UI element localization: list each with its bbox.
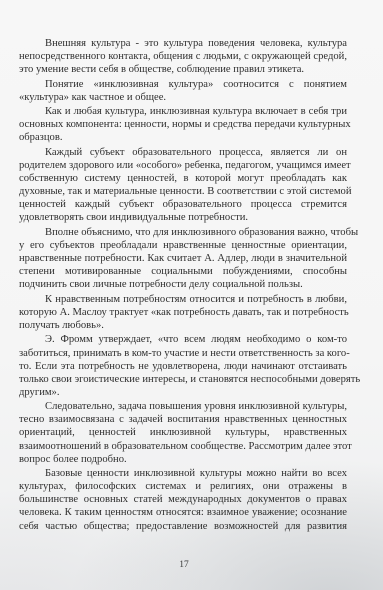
text-line: заботиться, принимать в ком-то участие и… [19,347,347,360]
text-line: другим». [19,386,347,399]
paragraph-adler: Вполне объяснимо, что для инклюзивного о… [19,226,347,291]
text-line: культурах, философских системах и религи… [19,480,347,493]
text-line: непосредственного контакта, общения с лю… [19,50,347,63]
text-line: подчинить свои личные потребности делу с… [19,278,347,291]
text-line: степени мотивированные социальными побуж… [19,265,347,278]
text-line: Как и любая культура, инклюзивная культу… [19,105,347,118]
text-line: у его субъектов преобладали нравственные… [19,239,347,252]
text-line: человека. К таким ценностям относятся: в… [19,506,347,519]
text-line: взаимоотношений в образовательном сообще… [19,440,347,453]
document-page: Внешняя культура - это культура поведени… [0,0,383,590]
paragraph-components: Как и любая культура, инклюзивная культу… [19,105,347,144]
text-line: получать любовь». [19,319,347,332]
paragraph-external-culture: Внешняя культура - это культура поведени… [19,37,347,76]
text-line: К нравственным потребностям относится и … [19,293,347,306]
text-line: то. Если эта потребность не удовлетворен… [19,360,347,373]
text-line: «культура» как частное и общее. [19,91,347,104]
text-line: Каждый субъект образовательного процесса… [19,146,347,159]
paragraph-consequently: Следовательно, задача повышения уровня и… [19,400,347,465]
text-line: большинстве основных статей международны… [19,493,347,506]
text-line: только свои эгоистические интересы, и ст… [19,373,347,386]
text-line: ориентаций, ценностей инклюзивной культу… [19,426,347,439]
text-line: Э. Фромм утверждает, «что всем людям нео… [19,333,347,346]
text-line: которую А. Маслоу трактует «как потребно… [19,306,347,319]
page-number: 17 [176,560,192,570]
paragraph-maslow: К нравственным потребностям относится и … [19,293,347,332]
text-line: ценностей каждый субъект образовательног… [19,198,347,211]
text-line: основных компонента: ценности, нормы и с… [19,118,347,131]
text-line: образцов. [19,131,347,144]
paragraph-fromm: Э. Фромм утверждает, «что всем людям нео… [19,333,347,398]
text-line: удовлетворять свои индивидуальные потреб… [19,211,347,224]
paragraph-inclusive-culture-concept: Понятие «инклюзивная культура» соотносит… [19,78,347,104]
paragraph-subject-values: Каждый субъект образовательного процесса… [19,146,347,225]
text-line: нравственные потребности. Как считает А.… [19,252,347,265]
text-line: Следовательно, задача повышения уровня и… [19,400,347,413]
text-line: это умение вести себя в обществе, соблюд… [19,63,347,76]
text-line: тесно взаимосвязана с задачей воспитания… [19,413,347,426]
text-line: Понятие «инклюзивная культура» соотносит… [19,78,347,91]
text-line: Вполне объяснимо, что для инклюзивного о… [19,226,347,239]
text-line: родителем здорового или «особого» ребенк… [19,159,347,172]
body-text: Внешняя культура - это культура поведени… [19,37,347,533]
text-line: себя частью общества; предоставление воз… [19,520,347,533]
paragraph-base-values: Базовые ценности инклюзивной культуры мо… [19,467,347,532]
text-line: Внешняя культура - это культура поведени… [19,37,347,50]
text-line: Базовые ценности инклюзивной культуры мо… [19,467,347,480]
text-line: вопрос более подробно. [19,453,347,466]
text-line: духовные, так и материальные ценности. В… [19,185,347,198]
text-line: собственную систему ценностей, в которой… [19,172,347,185]
